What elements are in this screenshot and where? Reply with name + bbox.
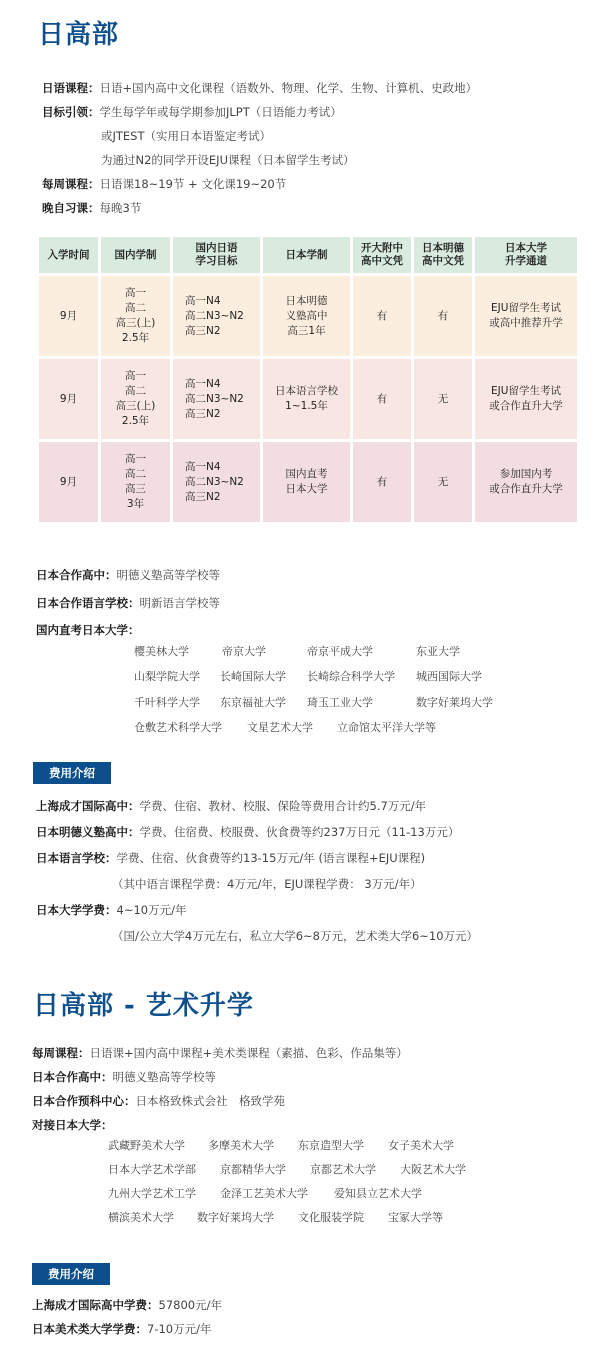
partner-line: 日本合作语言学校：明新语言学校等 [36,595,220,611]
header-cell: 国内日语学习目标 [173,237,260,273]
header-cell: 日本大学升学通道 [475,237,577,273]
table-row: 9月 高一高二高三(上)2.5年 高一N4高二N3~N2高三N2 日本明德义塾高… [39,276,577,356]
info-line: 日本合作预科中心：日本格致株式会社 格致学苑 [32,1093,285,1109]
partner-line: 日本合作高中：明德义塾高等学校等 [36,567,220,583]
fee-line: 日本明德义塾高中：学费、住宿费、校服费、伙食费等约237万日元（11-13万元） [36,824,459,840]
table-row: 9月 高一高二高三3年 高一N4高二N3~N2高三N2 国内直考日本大学 有 无… [39,442,577,522]
table-header-row: 入学时间 国内学制 国内日语学习目标 日本学制 开大附中高中文凭 日本明德高中文… [39,237,577,273]
header-cell: 入学时间 [39,237,98,273]
fee-line: （其中语言课程学费：4万元/年，EJU课程学费： 3万元/年） [112,876,422,892]
info-line: 每周课程：日语课18~19节 + 文化课19~20节 [42,176,286,192]
info-line: 日本合作高中：明德义塾高等学校等 [32,1069,216,1085]
header-cell: 开大附中高中文凭 [353,237,411,273]
partner-line: 国内直考日本大学： [36,622,140,638]
info-line: 对接日本大学： [32,1117,113,1133]
fee-badge: 费用介绍 [33,762,111,784]
info-line: 日语课程：日语+国内高中文化课程（语数外、物理、化学、生物、计算机、史政地） [42,80,477,96]
fee-line: 日本大学学费：4~10万元/年 [36,902,186,918]
header-cell: 日本明德高中文凭 [414,237,472,273]
program-table: 入学时间 国内学制 国内日语学习目标 日本学制 开大附中高中文凭 日本明德高中文… [36,234,580,525]
section-title: 日高部 [38,14,119,51]
info-line: 或JTEST（实用日本语鉴定考试） [101,128,271,144]
table-row: 9月 高一高二高三(上)2.5年 高一N4高二N3~N2高三N2 日本语言学校1… [39,359,577,439]
fee-line: 日本美术类大学学费：7-10万元/年 [32,1321,211,1337]
header-cell: 国内学制 [101,237,170,273]
fee-line: （国/公立大学4万元左右，私立大学6~8万元，艺术类大学6~10万元） [112,928,478,944]
fee-line: 上海成才国际高中学费：57800元/年 [32,1297,222,1313]
header-cell: 日本学制 [263,237,350,273]
fee-badge: 费用介绍 [32,1263,110,1285]
fee-line: 日本语言学校：学费、住宿、伙食费等约13-15万元/年 (语言课程+EJU课程) [36,850,425,866]
info-line: 晚自习课：每晚3节 [42,200,141,216]
info-line: 每周课程：日语课+国内高中课程+美术类课程（素描、色彩、作品集等） [32,1045,408,1061]
info-line: 目标引领：学生每学年或每学期参加JLPT（日语能力考试） [42,104,342,120]
fee-line: 上海成才国际高中：学费、住宿、教材、校服、保险等费用合计约5.7万元/年 [36,798,426,814]
section-title: 日高部 - 艺术升学 [33,985,254,1022]
info-line: 为通过N2的同学开设EJU课程（日本留学生考试） [101,152,355,168]
